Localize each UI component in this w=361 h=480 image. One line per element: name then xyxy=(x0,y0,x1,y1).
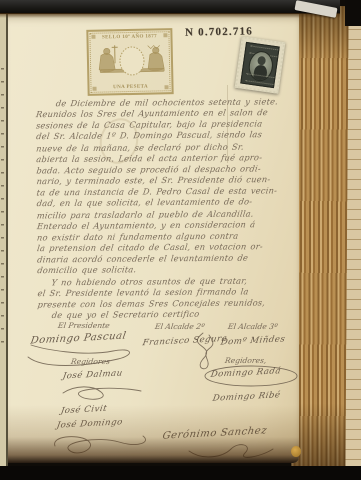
manuscript-body: de Diciembre de mil ochocientos setenta … xyxy=(35,96,301,321)
signature-regidor-ribe: Domingo Ribé xyxy=(212,390,281,403)
signature-rubric xyxy=(201,363,305,389)
signature-regidor-dalmau: José Dalmau xyxy=(62,368,124,381)
manuscript-page: SELLO 10º AÑO 1877 UNA PESETA xyxy=(5,13,299,463)
manuscript-line: de que yo el Secretario certifico xyxy=(37,308,302,321)
yellow-label-dot xyxy=(291,446,301,457)
caption-regidores-left: Regidores xyxy=(70,357,110,366)
stamp-ornament xyxy=(93,87,97,91)
top-shadow-band xyxy=(0,0,340,14)
top-right-dark-corner xyxy=(345,0,361,26)
revenue-stamp-top-label: SELLO 10º AÑO 1877 xyxy=(96,34,162,40)
revenue-stamp: SELLO 10º AÑO 1877 UNA PESETA xyxy=(86,28,173,96)
bleedthrough-tick-marks xyxy=(1,68,4,348)
revenue-stamp-frame: SELLO 10º AÑO 1877 UNA PESETA xyxy=(89,31,170,93)
page-bottom-scorch xyxy=(5,405,299,463)
stamp-ornament xyxy=(164,85,168,89)
revenue-stamp-bottom-label: UNA PESETA xyxy=(97,84,163,90)
bottom-shadow-band xyxy=(0,466,361,480)
manuscript-photo: SELLO 10º AÑO 1877 UNA PESETA xyxy=(0,0,361,480)
postage-stamp-frame xyxy=(240,42,280,88)
caption-president: El Presidente xyxy=(57,321,110,330)
page-left-edge xyxy=(0,8,8,470)
top-scorch-edge xyxy=(0,13,340,18)
signature-rubric xyxy=(57,383,149,403)
postage-stamp xyxy=(235,36,286,94)
allegorical-figures-icon xyxy=(94,42,171,82)
stamp-ornament xyxy=(91,35,95,39)
stamp-ornament xyxy=(163,33,167,37)
